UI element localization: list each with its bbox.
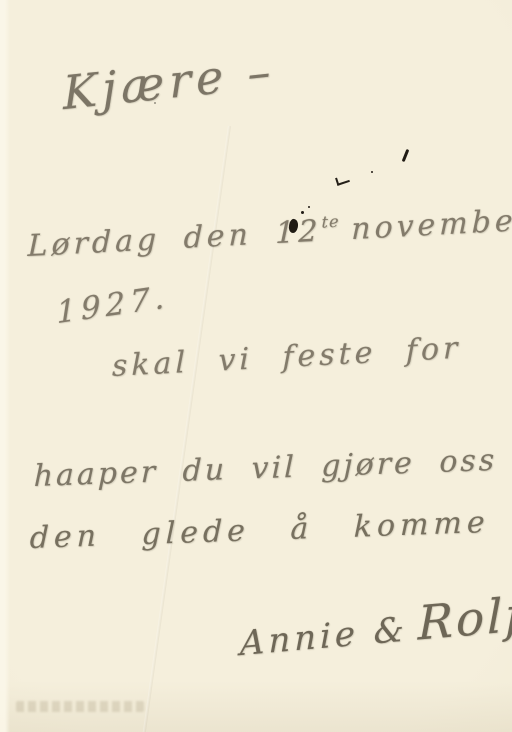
salutation-line: Kjære – — [62, 48, 276, 116]
signature-line: Annie &Rolf — [240, 591, 512, 663]
ink-speck — [154, 102, 156, 104]
date-month: november — [351, 202, 512, 247]
signature-first-name: Annie & — [240, 609, 408, 664]
ink-speck — [335, 174, 350, 186]
faint-stamp — [16, 701, 144, 712]
paper-fold-crease — [142, 126, 231, 732]
date-ordinal-superscript: te — [321, 212, 339, 232]
ink-speck — [402, 149, 410, 162]
date-text: Lørdag den 12 — [27, 214, 321, 264]
year-line: 1927. — [56, 282, 170, 329]
signature-second-name: Rolf — [418, 587, 512, 652]
body-line-3: den glede å komme — [29, 508, 489, 554]
date-line: Lørdag den 12tenovember — [27, 203, 512, 262]
body-line-2: haaper du vil gjøre oss — [33, 446, 497, 492]
body-line-1: skal vi feste for — [112, 334, 461, 382]
ink-speck — [301, 211, 304, 214]
letter-paper: Kjære – Lørdag den 12tenovember 1927. sk… — [0, 0, 512, 732]
ink-speck — [308, 206, 310, 208]
ink-speck — [371, 171, 373, 173]
